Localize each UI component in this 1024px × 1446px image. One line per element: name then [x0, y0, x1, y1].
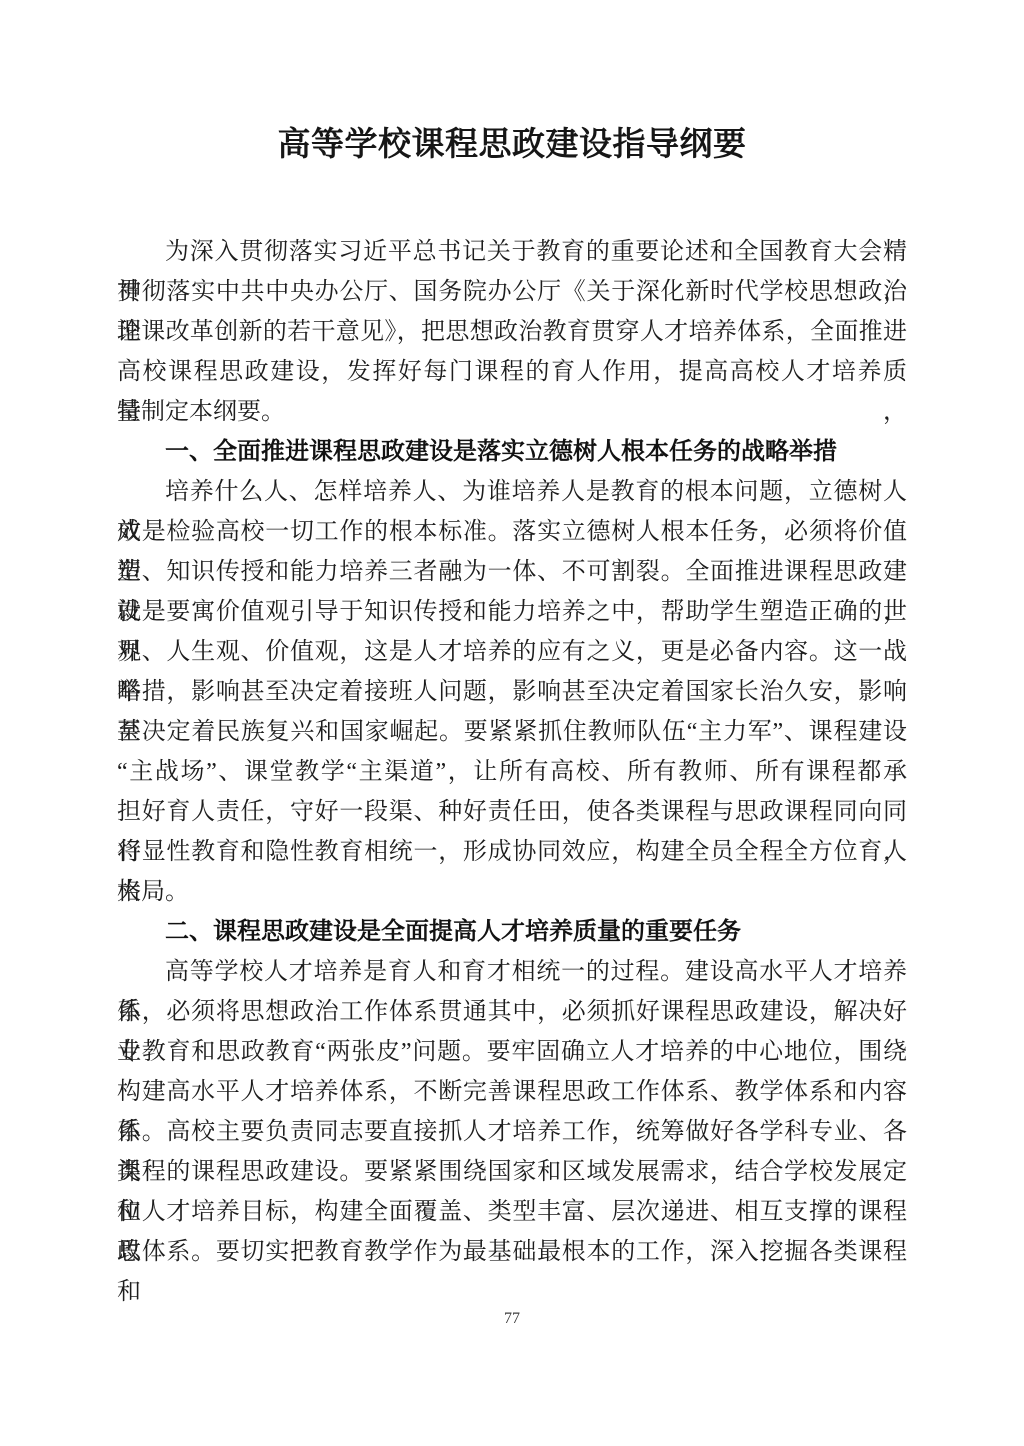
text-line: 为深入贯彻落实习近平总书记关于教育的重要论述和全国教育大会精神， — [117, 232, 907, 272]
section-heading: 一、全面推进课程思政建设是落实立德树人根本任务的战略举措 — [117, 432, 907, 472]
text-line: 业教育和思政教育“两张皮”问题。要牢固确立人才培养的中心地位，围绕 — [117, 1032, 907, 1072]
text-line: 格局。 — [117, 872, 907, 912]
text-line: 课程的课程思政建设。要紧紧围绕国家和区域发展需求，结合学校发展定位 — [117, 1152, 907, 1192]
text-line: 观、人生观、价值观，这是人才培养的应有之义，更是必备内容。这一战略 — [117, 632, 907, 672]
document-body: 为深入贯彻落实习近平总书记关于教育的重要论述和全国教育大会精神，贯彻落实中共中央… — [117, 232, 907, 1272]
document-title: 高等学校课程思政建设指导纲要 — [0, 118, 1024, 165]
text-line: 高等学校人才培养是育人和育才相统一的过程。建设高水平人才培养体 — [117, 952, 907, 992]
text-line: 培养什么人、怎样培养人、为谁培养人是教育的根本问题，立德树人成 — [117, 472, 907, 512]
text-line: 高校课程思政建设，发挥好每门课程的育人作用，提高高校人才培养质量， — [117, 352, 907, 392]
text-line: 造、知识传授和能力培养三者融为一体、不可割裂。全面推进课程思政建设， — [117, 552, 907, 592]
text-line: 论课改革创新的若干意见》，把思想政治教育贯穿人才培养体系，全面推进 — [117, 312, 907, 352]
section-heading: 二、课程思政建设是全面提高人才培养质量的重要任务 — [117, 912, 907, 952]
text-line: 就是要寓价值观引导于知识传授和能力培养之中，帮助学生塑造正确的世界 — [117, 592, 907, 632]
text-line: 至决定着民族复兴和国家崛起。要紧紧抓住教师队伍“主力军”、课程建设 — [117, 712, 907, 752]
text-line: 构建高水平人才培养体系，不断完善课程思政工作体系、教学体系和内容体 — [117, 1072, 907, 1112]
text-line: 和人才培养目标，构建全面覆盖、类型丰富、层次递进、相互支撑的课程思 — [117, 1192, 907, 1232]
text-line: 政体系。要切实把教育教学作为最基础最根本的工作，深入挖掘各类课程和 — [117, 1232, 907, 1272]
text-line: 效是检验高校一切工作的根本标准。落实立德树人根本任务，必须将价值塑 — [117, 512, 907, 552]
text-line: 系。高校主要负责同志要直接抓人才培养工作，统筹做好各学科专业、各类 — [117, 1112, 907, 1152]
document-page: 高等学校课程思政建设指导纲要 为深入贯彻落实习近平总书记关于教育的重要论述和全国… — [0, 0, 1024, 1446]
text-line: 系，必须将思想政治工作体系贯通其中，必须抓好课程思政建设，解决好专 — [117, 992, 907, 1032]
text-line: 将显性教育和隐性教育相统一，形成协同效应，构建全员全程全方位育人大 — [117, 832, 907, 872]
text-line: 举措，影响甚至决定着接班人问题，影响甚至决定着国家长治久安，影响甚 — [117, 672, 907, 712]
text-line: 贯彻落实中共中央办公厅、国务院办公厅《关于深化新时代学校思想政治理 — [117, 272, 907, 312]
page-number: 77 — [0, 1310, 1024, 1328]
text-line: “主战场”、课堂教学“主渠道”，让所有高校、所有教师、所有课程都承 — [117, 752, 907, 792]
text-line: 担好育人责任，守好一段渠、种好责任田，使各类课程与思政课程同向同行， — [117, 792, 907, 832]
